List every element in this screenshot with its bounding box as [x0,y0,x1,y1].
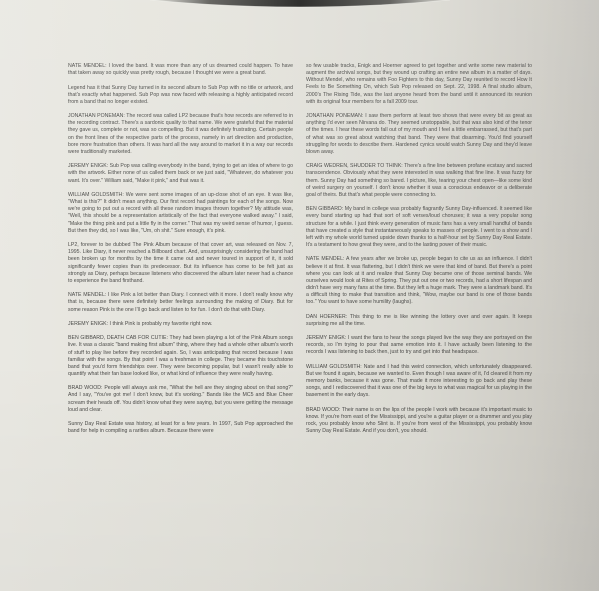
paragraph: BEN GIBBARD, DEATH CAB FOR CUTIE: They h… [68,335,293,378]
paragraph: CRAIG WEDREN, SHUDDER TO THINK: There's … [306,163,532,199]
right-text-column: so few usable tracks, Enigk and Hoerner … [306,63,532,443]
paragraph: BRAD WOOD: People will always ask me, "W… [68,385,293,414]
paragraph: DAN HOERNER: This thing to me is like wi… [306,314,532,328]
paragraph: JONATHAN PONEMAN: The record was called … [68,113,293,156]
paragraph: JEREMY ENIGK: I want the fans to hear th… [306,335,532,356]
paragraph: JONATHAN PONEMAN: I saw them perform at … [306,113,532,156]
paragraph: JEREMY ENIGK: Sub Pop was calling everyb… [68,163,293,184]
paragraph: WILLIAM GOLDSMITH: Nate and I had this w… [306,364,532,400]
paragraph: LP2, forever to be dubbed The Pink Album… [68,242,293,285]
paragraph: WILLIAM GOLDSMITH: We were sent some ima… [68,192,293,235]
paragraph: BEN GIBBARD: My band in college was prob… [306,206,532,249]
record-edge-shape [150,0,450,10]
paragraph: Sunny Day Real Estate was history, at le… [68,421,293,435]
paragraph: NATE MENDEL: A few years after we broke … [306,256,532,306]
paragraph: NATE MENDEL: I like Pink a lot better th… [68,292,293,313]
paragraph: NATE MENDEL: I loved the band. It was mo… [68,63,293,77]
paragraph: Legend has it that Sunny Day turned in i… [68,85,293,106]
left-text-column: NATE MENDEL: I loved the band. It was mo… [68,63,293,443]
paragraph: so few usable tracks, Enigk and Hoerner … [306,63,532,106]
paragraph: JEREMY ENIGK: I think Pink is probably m… [68,321,293,328]
paragraph: BRAD WOOD: Their name is on the lips of … [306,407,532,436]
